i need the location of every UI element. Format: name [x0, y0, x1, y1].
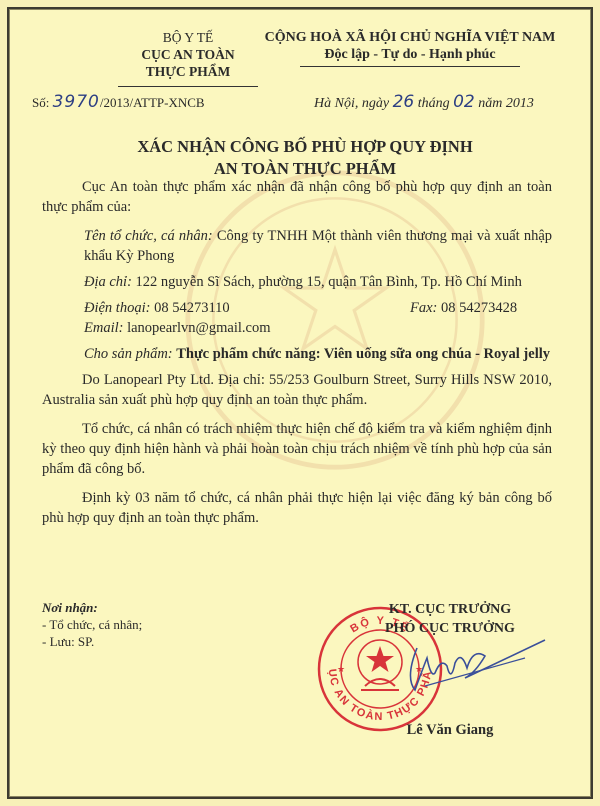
date-day: 26 — [393, 92, 415, 112]
document-body: Cục An toàn thực phẩm xác nhận đã nhận c… — [42, 177, 552, 537]
department-name-line2: THỰC PHẨM — [88, 63, 288, 80]
recipients-heading: Nơi nhận: — [42, 599, 142, 616]
renewal-paragraph: Định kỳ 03 năm tổ chức, cá nhân phải thự… — [42, 488, 552, 528]
motto-underline — [300, 66, 520, 67]
organization-label: Tên tổ chức, cá nhân: — [84, 228, 213, 244]
recipient-item: - Tổ chức, cá nhân; — [42, 616, 142, 633]
date-line: Hà Nội, ngày 26 tháng 02 năm 2013 — [314, 92, 534, 112]
email-field: Email: lanopearlvn@gmail.com — [84, 318, 552, 338]
svg-text:★: ★ — [337, 664, 345, 674]
phone-value: 08 54273110 — [154, 300, 230, 316]
product-label: Cho sản phẩm: — [84, 346, 173, 362]
phone-fax-field: Điện thoại: 08 54273110 Fax: 08 54273428 — [84, 298, 552, 318]
phone-label: Điện thoại: — [84, 300, 150, 316]
document-title: XÁC NHẬN CÔNG BỐ PHÙ HỢP QUY ĐỊNH AN TOÀ… — [70, 136, 540, 180]
email-value: lanopearlvn@gmail.com — [127, 320, 270, 336]
address-value: 122 nguyễn Sĩ Sách, phường 15, quận Tân … — [136, 274, 522, 290]
handwritten-signature — [405, 628, 555, 698]
address-label: Địa chỉ: — [84, 274, 132, 290]
doc-number-prefix: Số: — [32, 95, 49, 110]
date-year: năm 2013 — [478, 96, 534, 111]
intro-paragraph: Cục An toàn thực phẩm xác nhận đã nhận c… — [42, 177, 552, 217]
email-label: Email: — [84, 320, 123, 336]
date-month-label: tháng — [418, 96, 450, 111]
product-field: Cho sản phẩm: Thực phẩm chức năng: Viên … — [84, 344, 552, 364]
signer-name: Lê Văn Giang — [350, 722, 550, 739]
date-place: Hà Nội, ngày — [314, 96, 389, 111]
signatory-title-line1: KT. CỤC TRƯỞNG — [350, 600, 550, 619]
ministry-underline — [118, 86, 258, 87]
republic-name: CỘNG HOÀ XÃ HỘI CHỦ NGHĨA VIỆT NAM — [240, 29, 580, 46]
fax-label: Fax: — [410, 300, 437, 316]
national-motto: Độc lập - Tự do - Hạnh phúc — [240, 46, 580, 63]
fax-value: 08 54273428 — [441, 300, 517, 316]
title-line1: XÁC NHẬN CÔNG BỐ PHÙ HỢP QUY ĐỊNH — [70, 136, 540, 158]
national-header: CỘNG HOÀ XÃ HỘI CHỦ NGHĨA VIỆT NAM Độc l… — [240, 29, 580, 63]
recipient-item: - Lưu: SP. — [42, 633, 142, 650]
doc-number-suffix: /2013/ATTP-XNCB — [100, 95, 205, 110]
date-month: 02 — [453, 92, 475, 112]
fax-group: Fax: 08 54273428 — [410, 298, 517, 318]
recipients-block: Nơi nhận: - Tổ chức, cá nhân; - Lưu: SP. — [42, 599, 142, 650]
responsibility-paragraph: Tổ chức, cá nhân có trách nhiệm thực hiệ… — [42, 419, 552, 479]
document-number: Số: 3970/2013/ATTP-XNCB — [32, 92, 205, 112]
address-field: Địa chỉ: 122 nguyễn Sĩ Sách, phường 15, … — [84, 272, 552, 292]
organization-field: Tên tổ chức, cá nhân: Công ty TNHH Một t… — [84, 226, 552, 266]
manufacturer-paragraph: Do Lanopearl Pty Ltd. Địa chỉ: 55/253 Go… — [42, 370, 552, 410]
product-value: Thực phẩm chức năng: Viên uống sữa ong c… — [176, 346, 550, 362]
doc-number-handwritten: 3970 — [53, 92, 100, 112]
